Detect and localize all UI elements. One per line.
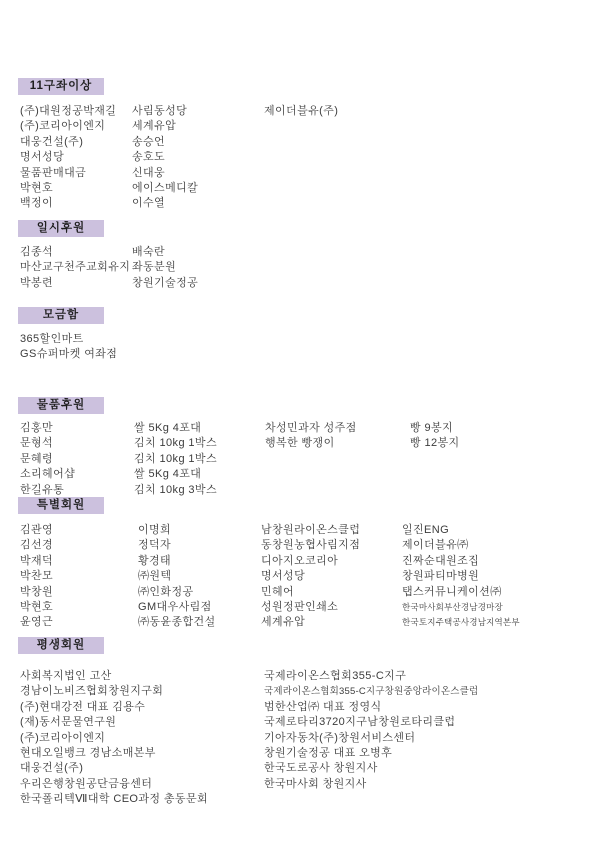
section-header: 물품후원 [18, 397, 104, 414]
list-item: 세계유압 [261, 615, 360, 630]
list-item: 창원기술정공 [132, 276, 198, 291]
list-item: 좌동분원 [132, 260, 198, 275]
list-item: 동창원농협사림지점 [261, 538, 360, 553]
list-item: 한국마사회부산경남경마장 [402, 600, 520, 615]
list-item: 김종석 [20, 245, 130, 260]
list-item: 이수열 [132, 196, 198, 211]
list-item: (주)코리아이엔지 [20, 119, 116, 134]
list-item: 한국폴리텍Ⅶ대학 CEO과정 총동문회 [20, 792, 208, 807]
list-item: 쌀 5Kg 4포대 [134, 421, 217, 436]
list-item: 사림동성당 [132, 104, 198, 119]
column: 일진ENG제이더블유㈜진짜순대원조집창원파티마병원탭스커뮤니케이션㈜한국마사회부… [402, 523, 520, 631]
list-item: 디아지오코리아 [261, 554, 360, 569]
list-item: 성원정판인쇄소 [261, 600, 360, 615]
list-item: 기아자동차(주)창원서비스센터 [264, 731, 478, 746]
list-item: 김관영 [20, 523, 53, 538]
column: 제이더블유(주) [264, 104, 338, 119]
list-item: 365할인마트 [20, 332, 117, 347]
column: 365할인마트GS슈퍼마켓 여좌점 [20, 332, 117, 363]
list-item: 이명희 [138, 523, 216, 538]
list-item: 박현호 [20, 181, 116, 196]
list-item: 사회복지법인 고산 [20, 669, 208, 684]
list-item: 한국토지주택공사경남지역본부 [402, 615, 520, 630]
column: 김종석마산교구천주교회유지박봉련 [20, 245, 130, 291]
list-item: 대웅건설(주) [20, 761, 208, 776]
column: 남창원라이온스클럽동창원농협사림지점디아지오코리아명서성당민헤어성원정판인쇄소세… [261, 523, 360, 631]
list-item: 행복한 빵쟁이 [265, 436, 357, 451]
list-item: 명서성당 [261, 569, 360, 584]
section-header: 특별회원 [18, 497, 104, 514]
list-item: 신대웅 [132, 166, 198, 181]
column: 이명희정덕자황경태㈜원텍㈜인화정공GM대우사림점㈜동윤종합건설 [138, 523, 216, 631]
list-item: 송승언 [132, 135, 198, 150]
column: 차성민과자 성주점행복한 빵쟁이 [265, 421, 357, 452]
list-item: 문형석 [20, 436, 75, 451]
list-item: 우리은행창원공단금융센터 [20, 777, 208, 792]
list-item: (주)코리아이엔지 [20, 731, 208, 746]
list-item: 한길유통 [20, 483, 75, 498]
list-item: 에이스메디칼 [132, 181, 198, 196]
list-item: 제이더블유㈜ [402, 538, 520, 553]
list-item: 빵 12봉지 [410, 436, 460, 451]
list-item: 한국도로공사 창원지사 [264, 761, 478, 776]
column: 사림동성당세계유압송승언송호도신대웅에이스메디칼이수열 [132, 104, 198, 212]
list-item: (주)대원정공박재길 [20, 104, 116, 119]
list-item: 현대오일뱅크 경남소매본부 [20, 746, 208, 761]
section-header: 일시후원 [18, 220, 104, 237]
list-item: 배숙란 [132, 245, 198, 260]
list-item: ㈜동윤종합건설 [138, 615, 216, 630]
list-item: 정덕자 [138, 538, 216, 553]
column: 김홍만문형석문혜령소리헤어샵한길유통 [20, 421, 75, 498]
list-item: 백정이 [20, 196, 116, 211]
list-item: 세계유압 [132, 119, 198, 134]
column: 사회복지법인 고산경남이노비즈협회창원지구회(주)현대강전 대표 김용수(재)동… [20, 669, 208, 808]
list-item: 송호도 [132, 150, 198, 165]
column: 김관영김선경박재덕박찬모박창원박현호윤영근 [20, 523, 53, 631]
list-item: 한국마사회 창원지사 [264, 777, 478, 792]
section-header: 11구좌이상 [18, 78, 104, 95]
list-item: 대웅건설(주) [20, 135, 116, 150]
list-item: 김치 10kg 1박스 [134, 452, 217, 467]
list-item: 마산교구천주교회유지 [20, 260, 130, 275]
section-header: 평생회원 [18, 637, 104, 654]
list-item: 문혜령 [20, 452, 75, 467]
list-item: 김치 10kg 1박스 [134, 436, 217, 451]
section-header: 모금함 [18, 307, 104, 324]
list-item: 빵 9봉지 [410, 421, 460, 436]
list-item: 윤영근 [20, 615, 53, 630]
list-item: ㈜원텍 [138, 569, 216, 584]
list-item: (재)동서문물연구원 [20, 715, 208, 730]
donor-list-page: 11구좌이상 (주)대원정공박재길(주)코리아이엔지대웅건설(주)명서성당물품판… [0, 0, 600, 849]
list-item: 창원파티마병원 [402, 569, 520, 584]
list-item: GS슈퍼마켓 여좌점 [20, 347, 117, 362]
list-item: 김홍만 [20, 421, 75, 436]
list-item: 박재덕 [20, 554, 53, 569]
list-item: 남창원라이온스클럽 [261, 523, 360, 538]
list-item: 탭스커뮤니케이션㈜ [402, 585, 520, 600]
list-item: 차성민과자 성주점 [265, 421, 357, 436]
list-item: ㈜인화정공 [138, 585, 216, 600]
column: 빵 9봉지빵 12봉지 [410, 421, 460, 452]
list-item: 박봉련 [20, 276, 130, 291]
list-item: 박현호 [20, 600, 53, 615]
list-item: 김치 10kg 3박스 [134, 483, 217, 498]
list-item: 국제라이온스협회355-C지구 [264, 669, 478, 684]
list-item: 창원기술정공 대표 오병후 [264, 746, 478, 761]
list-item: 제이더블유(주) [264, 104, 338, 119]
list-item: 범한산업㈜ 대표 정영식 [264, 700, 478, 715]
list-item: 황경태 [138, 554, 216, 569]
list-item: 소리헤어샵 [20, 467, 75, 482]
list-item: 진짜순대원조집 [402, 554, 520, 569]
list-item: 일진ENG [402, 523, 520, 538]
list-item: 민헤어 [261, 585, 360, 600]
list-item: 경남이노비즈협회창원지구회 [20, 684, 208, 699]
list-item: 김선경 [20, 538, 53, 553]
list-item: 박창원 [20, 585, 53, 600]
list-item: 쌀 5Kg 4포대 [134, 467, 217, 482]
list-item: (주)현대강전 대표 김용수 [20, 700, 208, 715]
list-item: 물품판매대금 [20, 166, 116, 181]
column: 국제라이온스협회355-C지구국제라이온스협회355-C지구창원중앙라이온스클럽… [264, 669, 478, 792]
list-item: 국제로타리3720지구남창원로타리클럽 [264, 715, 478, 730]
list-item: GM대우사림점 [138, 600, 216, 615]
column: 배숙란좌동분원창원기술정공 [132, 245, 198, 291]
column: 쌀 5Kg 4포대김치 10kg 1박스김치 10kg 1박스쌀 5Kg 4포대… [134, 421, 217, 498]
list-item: 명서성당 [20, 150, 116, 165]
column: (주)대원정공박재길(주)코리아이엔지대웅건설(주)명서성당물품판매대금박현호백… [20, 104, 116, 212]
list-item: 국제라이온스협회355-C지구창원중앙라이온스클럽 [264, 684, 478, 699]
list-item: 박찬모 [20, 569, 53, 584]
